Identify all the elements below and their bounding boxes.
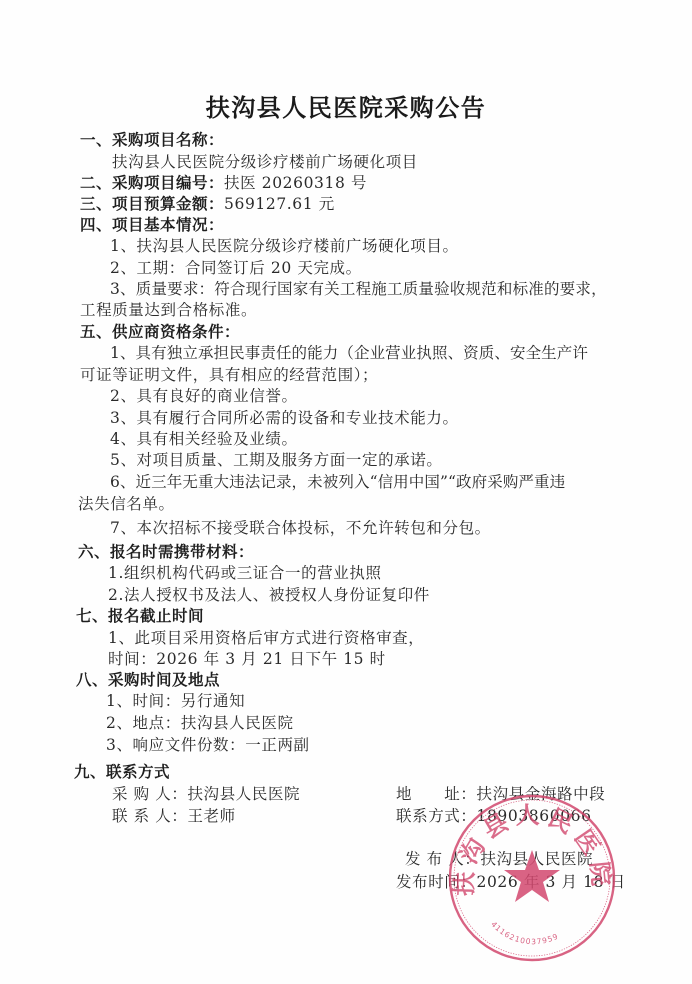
section-3-heading: 三、项目预算金额：	[80, 195, 224, 213]
section-4-item: 3、质量要求：符合现行国家有关工程施工质量验收规范和标准的要求，	[110, 279, 607, 299]
section-6-item: 1.组织机构代码或三证合一的营业执照	[108, 563, 382, 583]
section-2-row: 二、采购项目编号：扶医 20260318 号	[80, 173, 367, 193]
section-3-row: 三、项目预算金额：569127.61 元	[80, 194, 335, 214]
project-number: 扶医 20260318 号	[224, 174, 367, 192]
section-6-heading: 六、报名时需携带材料：	[78, 542, 254, 562]
section-1-heading: 一、采购项目名称：	[80, 130, 224, 150]
section-8-item: 3、响应文件份数：一正两副	[106, 735, 310, 755]
section-9-heading: 九、联系方式	[74, 762, 170, 782]
purchaser: 采 购 人：扶沟县人民医院	[112, 784, 300, 804]
budget-amount: 569127.61 元	[224, 195, 335, 213]
address: 地 址：扶沟县金海路中段	[396, 784, 605, 804]
section-8-item: 1、时间：另行通知	[106, 691, 245, 711]
section-5-item: 5、对项目质量、工期及服务方面一定的承诺。	[110, 450, 442, 470]
contact-person: 联 系 人：王老师	[112, 806, 236, 826]
section-5-item-cont: 可证等证明文件，具有相应的经营范围）；	[80, 365, 378, 385]
section-5-item: 6、近三年无重大违法记录，未被列入“信用中国”“政府采购严重违	[110, 472, 565, 492]
section-5-item: 7、本次招标不接受联合体投标，不允许转包和分包。	[110, 518, 491, 538]
section-4-heading: 四、项目基本情况：	[80, 215, 224, 235]
section-5-item: 2、具有良好的商业信誉。	[110, 386, 298, 406]
section-8-heading: 八、采购时间及地点	[76, 670, 220, 690]
section-5-item: 3、具有履行合同所必需的设备和专业技术能力。	[110, 408, 459, 428]
section-5-item-cont: 法失信名单。	[78, 494, 175, 514]
section-4-item-cont: 工程质量达到合格标准。	[80, 300, 257, 320]
project-name: 扶沟县人民医院分级诊疗楼前广场硬化项目	[112, 152, 418, 172]
section-5-item: 1、具有独立承担民事责任的能力（企业营业执照、资质、安全生产许	[110, 343, 588, 363]
section-4-item: 2、工期：合同签订后 20 天完成。	[110, 258, 362, 278]
section-7-heading: 七、报名截止时间	[76, 606, 204, 626]
section-5-item: 4、具有相关经验及业绩。	[110, 429, 298, 449]
document-page: 扶沟县人民医院采购公告 一、采购项目名称： 扶沟县人民医院分级诊疗楼前广场硬化项…	[0, 0, 692, 984]
publisher: 发 布 人：扶沟县人民医院	[405, 849, 593, 869]
contact-phone: 联系方式：18903860066	[396, 806, 592, 826]
section-4-item: 1、扶沟县人民医院分级诊疗楼前广场硬化项目。	[110, 236, 459, 256]
publish-date: 发布时间：2026 年 3 月 18 日	[396, 872, 626, 892]
section-7-item: 1、此项目采用资格后审方式进行资格审查，	[108, 628, 424, 648]
section-6-item: 2.法人授权书及法人、被授权人身份证复印件	[108, 585, 430, 605]
section-5-heading: 五、供应商资格条件：	[80, 322, 240, 342]
section-2-heading: 二、采购项目编号：	[80, 174, 224, 192]
registration-deadline: 时间：2026 年 3 月 21 日下午 15 时	[108, 649, 386, 669]
document-title: 扶沟县人民医院采购公告	[0, 88, 692, 123]
svg-text:4116210037959: 4116210037959	[489, 920, 560, 947]
section-8-item: 2、地点：扶沟县人民医院	[106, 713, 294, 733]
